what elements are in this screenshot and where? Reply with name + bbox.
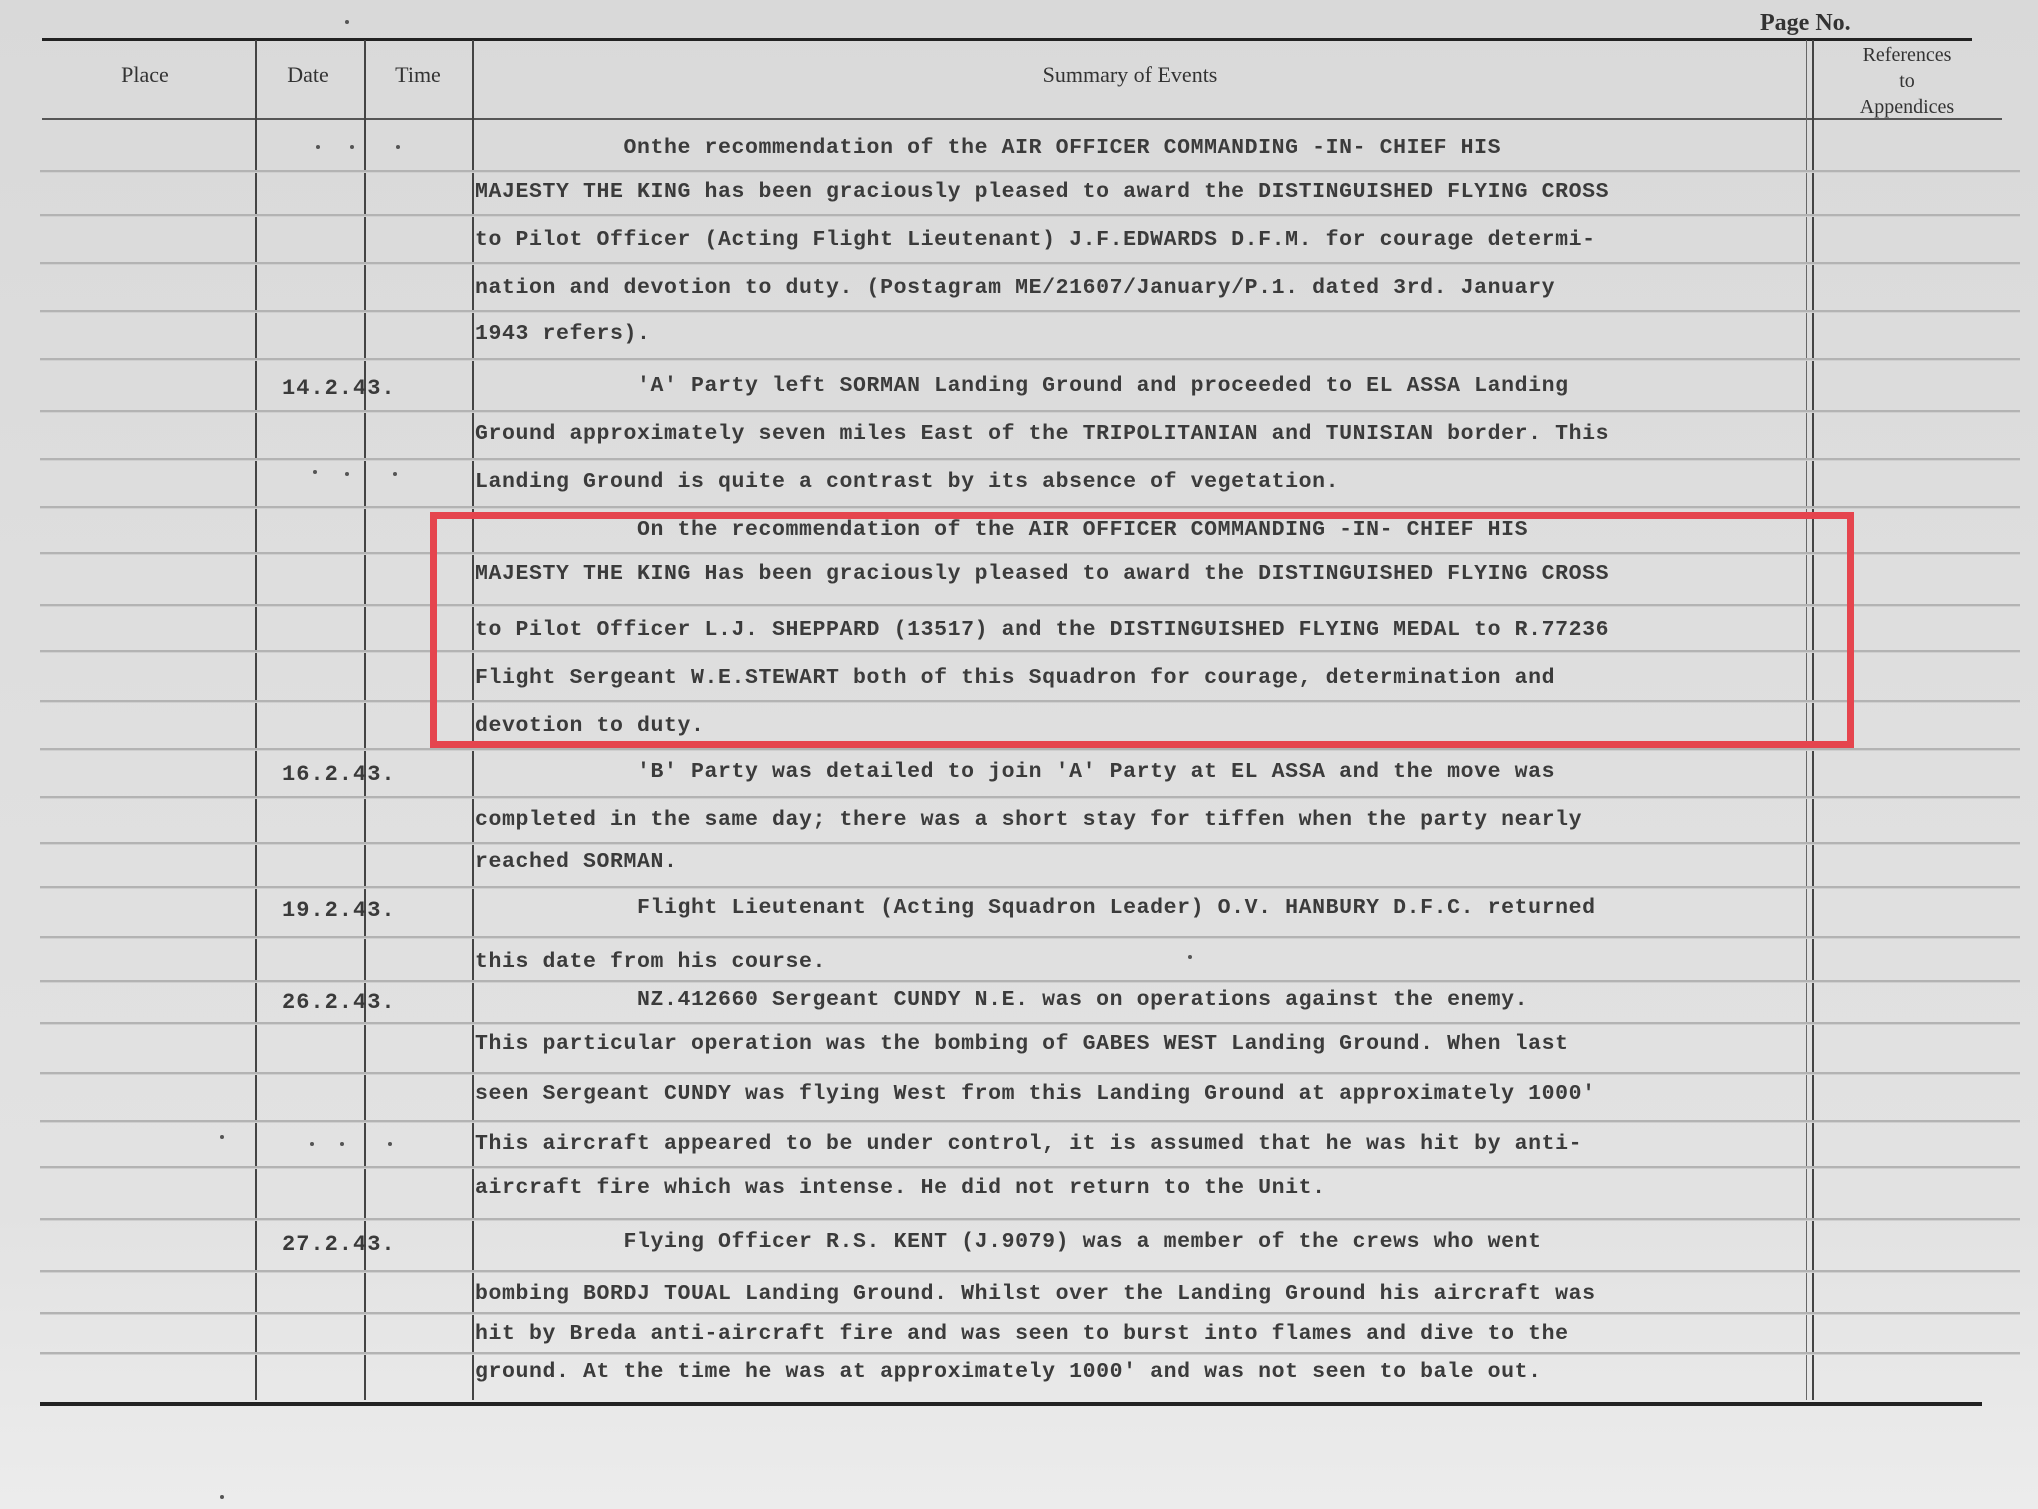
entry-text-line: 'A' Party left SORMAN Landing Ground and… <box>475 374 1569 398</box>
ledger-rule <box>40 458 2020 461</box>
ledger-rule <box>40 1120 2020 1123</box>
scan-speck <box>1188 955 1192 959</box>
divider-place-date <box>255 40 257 1400</box>
entry-text-line: Onthe recommendation of the AIR OFFICER … <box>475 136 1501 160</box>
ledger-rule <box>40 1022 2020 1025</box>
entry-text-line: completed in the same day; there was a s… <box>475 808 1582 832</box>
scan-speck <box>388 1142 392 1146</box>
ledger-rule <box>40 358 2020 361</box>
references-line-3: Appendices <box>1832 94 1982 120</box>
ledger-rule <box>40 1270 2020 1273</box>
ledger-rule <box>40 262 2020 265</box>
ledger-rule <box>40 1166 2020 1169</box>
column-header-references: References to Appendices <box>1832 42 1982 120</box>
entry-date: 19.2.43. <box>282 898 396 923</box>
scan-speck <box>313 470 317 474</box>
entry-text-line: hit by Breda anti-aircraft fire and was … <box>475 1322 1569 1346</box>
scan-speck <box>393 472 397 476</box>
bottom-rule <box>40 1402 1982 1406</box>
entry-text-line: 'B' Party was detailed to join 'A' Party… <box>475 760 1555 784</box>
scan-speck <box>310 1142 314 1146</box>
entry-text-line: aircraft fire which was intense. He did … <box>475 1176 1326 1200</box>
ledger-rule <box>40 1072 2020 1075</box>
entry-text-line: reached SORMAN. <box>475 850 678 874</box>
entry-text-line: ground. At the time he was at approximat… <box>475 1360 1542 1384</box>
entry-text-line: This particular operation was the bombin… <box>475 1032 1569 1056</box>
references-line-1: References <box>1832 42 1982 68</box>
scan-speck <box>316 145 320 149</box>
scan-speck <box>350 145 354 149</box>
ledger-rule <box>40 886 2020 889</box>
ledger-rule <box>40 1312 2020 1315</box>
scan-speck <box>220 1135 224 1139</box>
entry-date: 26.2.43. <box>282 990 396 1015</box>
ledger-rule <box>40 410 2020 413</box>
ledger-rule <box>40 214 2020 217</box>
entry-text-line: this date from his course. <box>475 950 826 974</box>
scan-speck <box>396 145 400 149</box>
column-header-summary: Summary of Events <box>980 62 1280 88</box>
scan-speck <box>220 1495 224 1499</box>
ledger-rule <box>40 506 2020 509</box>
page-number-label: Page No. <box>1760 10 1851 37</box>
ledger-rule <box>40 796 2020 799</box>
ledger-rule <box>40 748 2020 751</box>
entry-text-line: Flight Lieutenant (Acting Squadron Leade… <box>475 896 1596 920</box>
highlight-box <box>430 512 1854 748</box>
entry-text-line: This aircraft appeared to be under contr… <box>475 1132 1582 1156</box>
entry-text-line: to Pilot Officer (Acting Flight Lieutena… <box>475 228 1596 252</box>
entry-date: 16.2.43. <box>282 762 396 787</box>
ledger-rule <box>40 170 2020 173</box>
ledger-rule <box>40 980 2020 983</box>
entry-text-line: NZ.412660 Sergeant CUNDY N.E. was on ope… <box>475 988 1528 1012</box>
entry-text-line: Landing Ground is quite a contrast by it… <box>475 470 1339 494</box>
ledger-rule <box>40 310 2020 313</box>
entry-text-line: MAJESTY THE KING has been graciously ple… <box>475 180 1609 204</box>
divider-date-time <box>364 40 366 1400</box>
entry-text-line: seen Sergeant CUNDY was flying West from… <box>475 1082 1596 1106</box>
war-diary-page: Page No. Place Date Time Summary of Even… <box>0 0 2038 1509</box>
entry-text-line: nation and devotion to duty. (Postagram … <box>475 276 1555 300</box>
column-header-place: Place <box>90 62 200 88</box>
scan-speck <box>345 472 349 476</box>
entry-text-line: Ground approximately seven miles East of… <box>475 422 1609 446</box>
entry-text-line: bombing BORDJ TOUAL Landing Ground. Whil… <box>475 1282 1596 1306</box>
ledger-rule <box>40 1352 2020 1355</box>
entry-text-line: 1943 refers). <box>475 322 651 346</box>
header-rule <box>42 118 2002 120</box>
entry-text-line: Flying Officer R.S. KENT (J.9079) was a … <box>475 1230 1542 1254</box>
top-rule <box>42 38 1972 41</box>
column-header-date: Date <box>268 62 348 88</box>
ledger-rule <box>40 1218 2020 1221</box>
ledger-rule <box>40 936 2020 939</box>
scan-speck <box>340 1142 344 1146</box>
scan-speck <box>345 20 349 24</box>
column-header-time: Time <box>378 62 458 88</box>
ledger-rule <box>40 842 2020 845</box>
entry-date: 27.2.43. <box>282 1232 396 1257</box>
entry-date: 14.2.43. <box>282 376 396 401</box>
references-line-2: to <box>1832 68 1982 94</box>
